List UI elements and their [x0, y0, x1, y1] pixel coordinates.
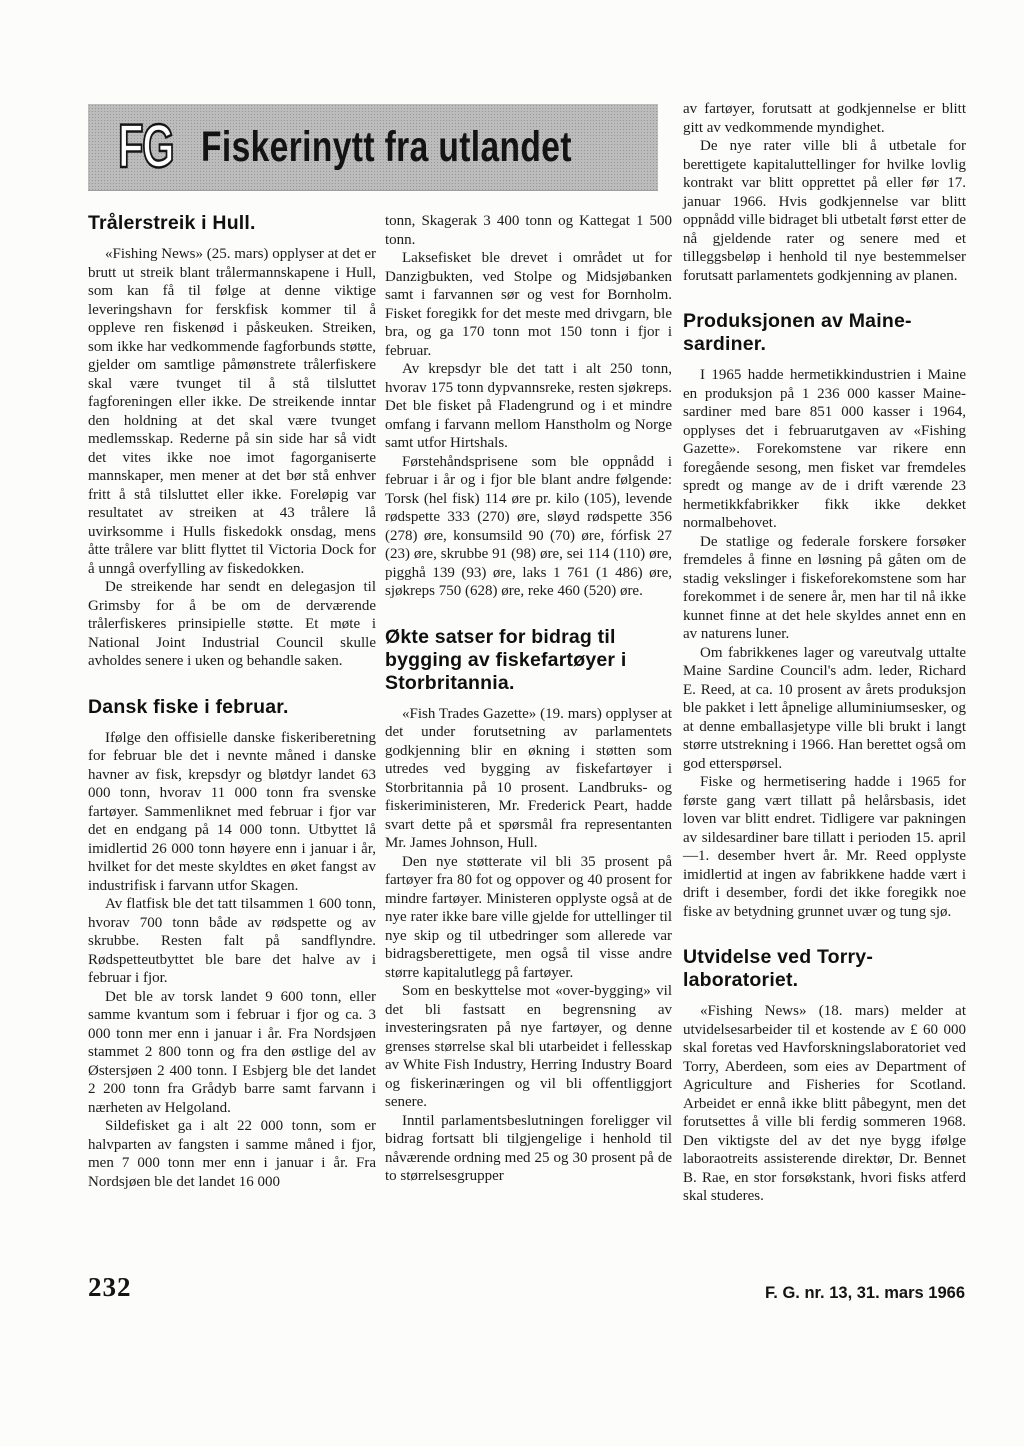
paragraph: Sildefisket ga i alt 22 000 tonn, som er… — [88, 1117, 376, 1191]
column-right: av fartøyer, forutsatt at godkjennelse e… — [683, 100, 966, 1206]
paragraph: I 1965 hadde hermetikkindustrien i Maine… — [683, 366, 966, 533]
paragraph: Ifølge den offisielle danske fiskeribere… — [88, 729, 376, 896]
column-middle: tonn, Skagerak 3 400 tonn og Kattegat 1 … — [385, 212, 672, 1186]
paragraph: «Fishing News» (18. mars) melder at utvi… — [683, 1002, 966, 1206]
paragraph: tonn, Skagerak 3 400 tonn og Kattegat 1 … — [385, 212, 672, 249]
paragraph: Om fabrikkenes lager og vareutvalg uttal… — [683, 644, 966, 774]
paragraph: av fartøyer, forutsatt at godkjennelse e… — [683, 100, 966, 137]
section-heading-okte-satser: Økte satser for bidrag til bygging av fi… — [385, 626, 672, 695]
paragraph: De streikende har sendt en delegasjon ti… — [88, 578, 376, 671]
fg-logo: FG — [118, 117, 173, 178]
paragraph: De statlige og federale forskere forsøke… — [683, 533, 966, 644]
paragraph: «Fish Trades Gazette» (19. mars) opplyse… — [385, 705, 672, 853]
paragraph: Den nye støtterate vil bli 35 prosent på… — [385, 853, 672, 983]
paragraph: Laksefisket ble drevet i området ut for … — [385, 249, 672, 360]
paragraph: Det ble av torsk landet 9 600 tonn, elle… — [88, 988, 376, 1118]
paragraph: Av flatfisk ble det tatt tilsammen 1 600… — [88, 895, 376, 988]
section-heading-torry-laboratoriet: Utvidelse ved Torry-laboratoriet. — [683, 946, 966, 992]
page-number: 232 — [88, 1272, 132, 1303]
masthead-banner: FG Fiskerinytt fra utlandet — [88, 104, 658, 190]
section-heading-maine-sardiner: Produksjonen av Maine-sardiner. — [683, 310, 966, 356]
paragraph: De nye rater ville bli å utbetale for be… — [683, 137, 966, 285]
column-left: Trålerstreik i Hull. «Fishing News» (25.… — [88, 212, 376, 1191]
paragraph: Av krepsdyr ble det tatt i alt 250 tonn,… — [385, 360, 672, 453]
section-heading-tralerstreik: Trålerstreik i Hull. — [88, 212, 376, 235]
paragraph: Som en beskyttelse mot «over-bygging» vi… — [385, 982, 672, 1112]
section-heading-dansk-fiske: Dansk fiske i februar. — [88, 696, 376, 719]
paragraph: Fiske og hermetisering hadde i 1965 for … — [683, 773, 966, 921]
paragraph: Inntil parlamentsbeslutningen foreligger… — [385, 1112, 672, 1186]
paragraph: Førstehåndsprisene som ble oppnådd i feb… — [385, 453, 672, 601]
magazine-page: FG Fiskerinytt fra utlandet Trålerstreik… — [0, 0, 1024, 1446]
paragraph: «Fishing News» (25. mars) opplyser at de… — [88, 245, 376, 578]
issue-line: F. G. nr. 13, 31. mars 1966 — [683, 1284, 965, 1303]
masthead-title: Fiskerinytt fra utlandet — [201, 126, 572, 169]
